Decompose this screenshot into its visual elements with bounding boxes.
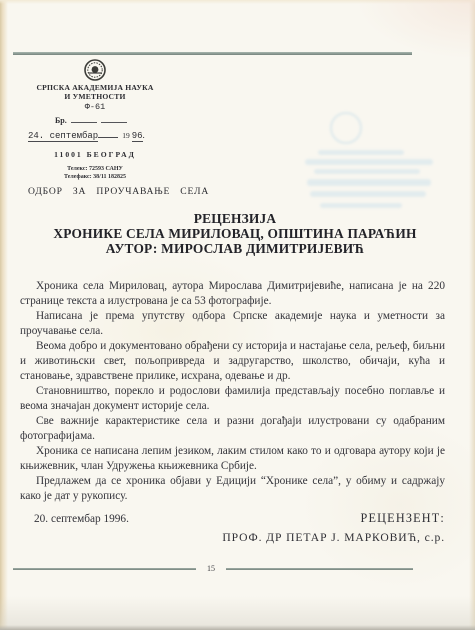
paragraph: Хроника села Мириловац, аутора Мирослава…: [20, 279, 445, 309]
reviewer-label: РЕЦЕНЗЕНТ:: [361, 511, 445, 526]
document-title: РЕЦЕНЗИЈА ХРОНИКЕ СЕЛА МИРИЛОВАЦ, ОПШТИН…: [10, 212, 460, 256]
stamp-bleedthrough-text: [314, 169, 420, 174]
page-number: 15: [207, 565, 215, 573]
paragraph: Све важније карактеристике села и разни …: [20, 414, 445, 444]
number-blank: [71, 115, 97, 123]
signoff-date: 20. септембар 1996.: [20, 512, 129, 527]
letterhead: СРПСКА АКАДЕМИЈА НАУКА И УМЕТНОСТИ Ф-61 …: [28, 59, 162, 181]
reviewer-name: ПРОФ. ДР ПЕТАР Ј. МАРКОВИЋ, с.р.: [20, 530, 445, 545]
page-footer: 15: [13, 565, 413, 573]
scan-bottom-edge: [0, 625, 475, 630]
paragraph: Предлажем да се хроника објави у Едицији…: [20, 474, 445, 504]
date-line: 24. септембар1996.: [28, 130, 162, 141]
paragraph: Написана је према упутству одбора Српске…: [20, 309, 445, 339]
stamp-bleedthrough-text: [310, 191, 426, 197]
date-century: 19: [122, 131, 130, 140]
telefax: Телефакс: 38/11 182825: [28, 174, 162, 182]
date-typed: 24. септембар: [28, 131, 98, 142]
title-line-author: АУТОР: МИРОСЛАВ ДИМИТРИЈЕВИЋ: [10, 242, 460, 257]
paragraph: Становништво, порекло и родослови фамили…: [20, 384, 445, 414]
stamp-bleedthrough-text: [320, 203, 402, 208]
signoff-row: 20. септембар 1996. РЕЦЕНЗЕНТ:: [20, 511, 445, 527]
form-code: Ф-61: [28, 102, 162, 112]
scan-corner-tint: [355, 0, 475, 60]
title-line-chronicle: ХРОНИКЕ СЕЛА МИРИЛОВАЦ, ОПШТИНА ПАРАЋИН: [10, 227, 460, 242]
academy-name-line2: И УМЕТНОСТИ: [28, 93, 162, 102]
stamp-bleedthrough-text: [305, 159, 433, 165]
footer-rule-right: [226, 568, 413, 570]
number-line: Бр.: [28, 115, 162, 125]
stamp-bleedthrough-text: [318, 150, 404, 155]
paragraph: Веома добро и документовано обрађени су …: [20, 339, 445, 384]
footer-rule-left: [13, 568, 196, 570]
review-body: Хроника села Мириловац, аутора Мирослава…: [20, 279, 445, 545]
date-period: .: [143, 130, 145, 140]
scan-edge-left: [0, 0, 8, 630]
number-blank: [101, 115, 127, 123]
date-blank: [98, 130, 118, 138]
number-label: Бр.: [55, 116, 67, 125]
postal-city: 11001 БЕОГРАД: [28, 150, 162, 159]
date-year: 96: [132, 131, 143, 142]
title-line-recenzija: РЕЦЕНЗИЈА: [10, 212, 460, 227]
paragraph: Хроника се написана лепим језиком, лаким…: [20, 444, 445, 474]
academy-seal-icon: [84, 59, 106, 81]
stamp-bleedthrough-text: [307, 179, 431, 186]
department-name: ОДБОР ЗА ПРОУЧАВАЊЕ СЕЛА: [28, 186, 209, 197]
scanned-document-page: СРПСКА АКАДЕМИЈА НАУКА И УМЕТНОСТИ Ф-61 …: [0, 0, 475, 630]
telex-lines: Телекс: 72593 САНУ Телефакс: 38/11 18282…: [28, 166, 162, 181]
stamp-bleedthrough-seal: [330, 112, 362, 144]
letterhead-top-rule: [13, 52, 412, 55]
telex: Телекс: 72593 САНУ: [28, 166, 162, 174]
scan-edge-right: [469, 0, 475, 630]
